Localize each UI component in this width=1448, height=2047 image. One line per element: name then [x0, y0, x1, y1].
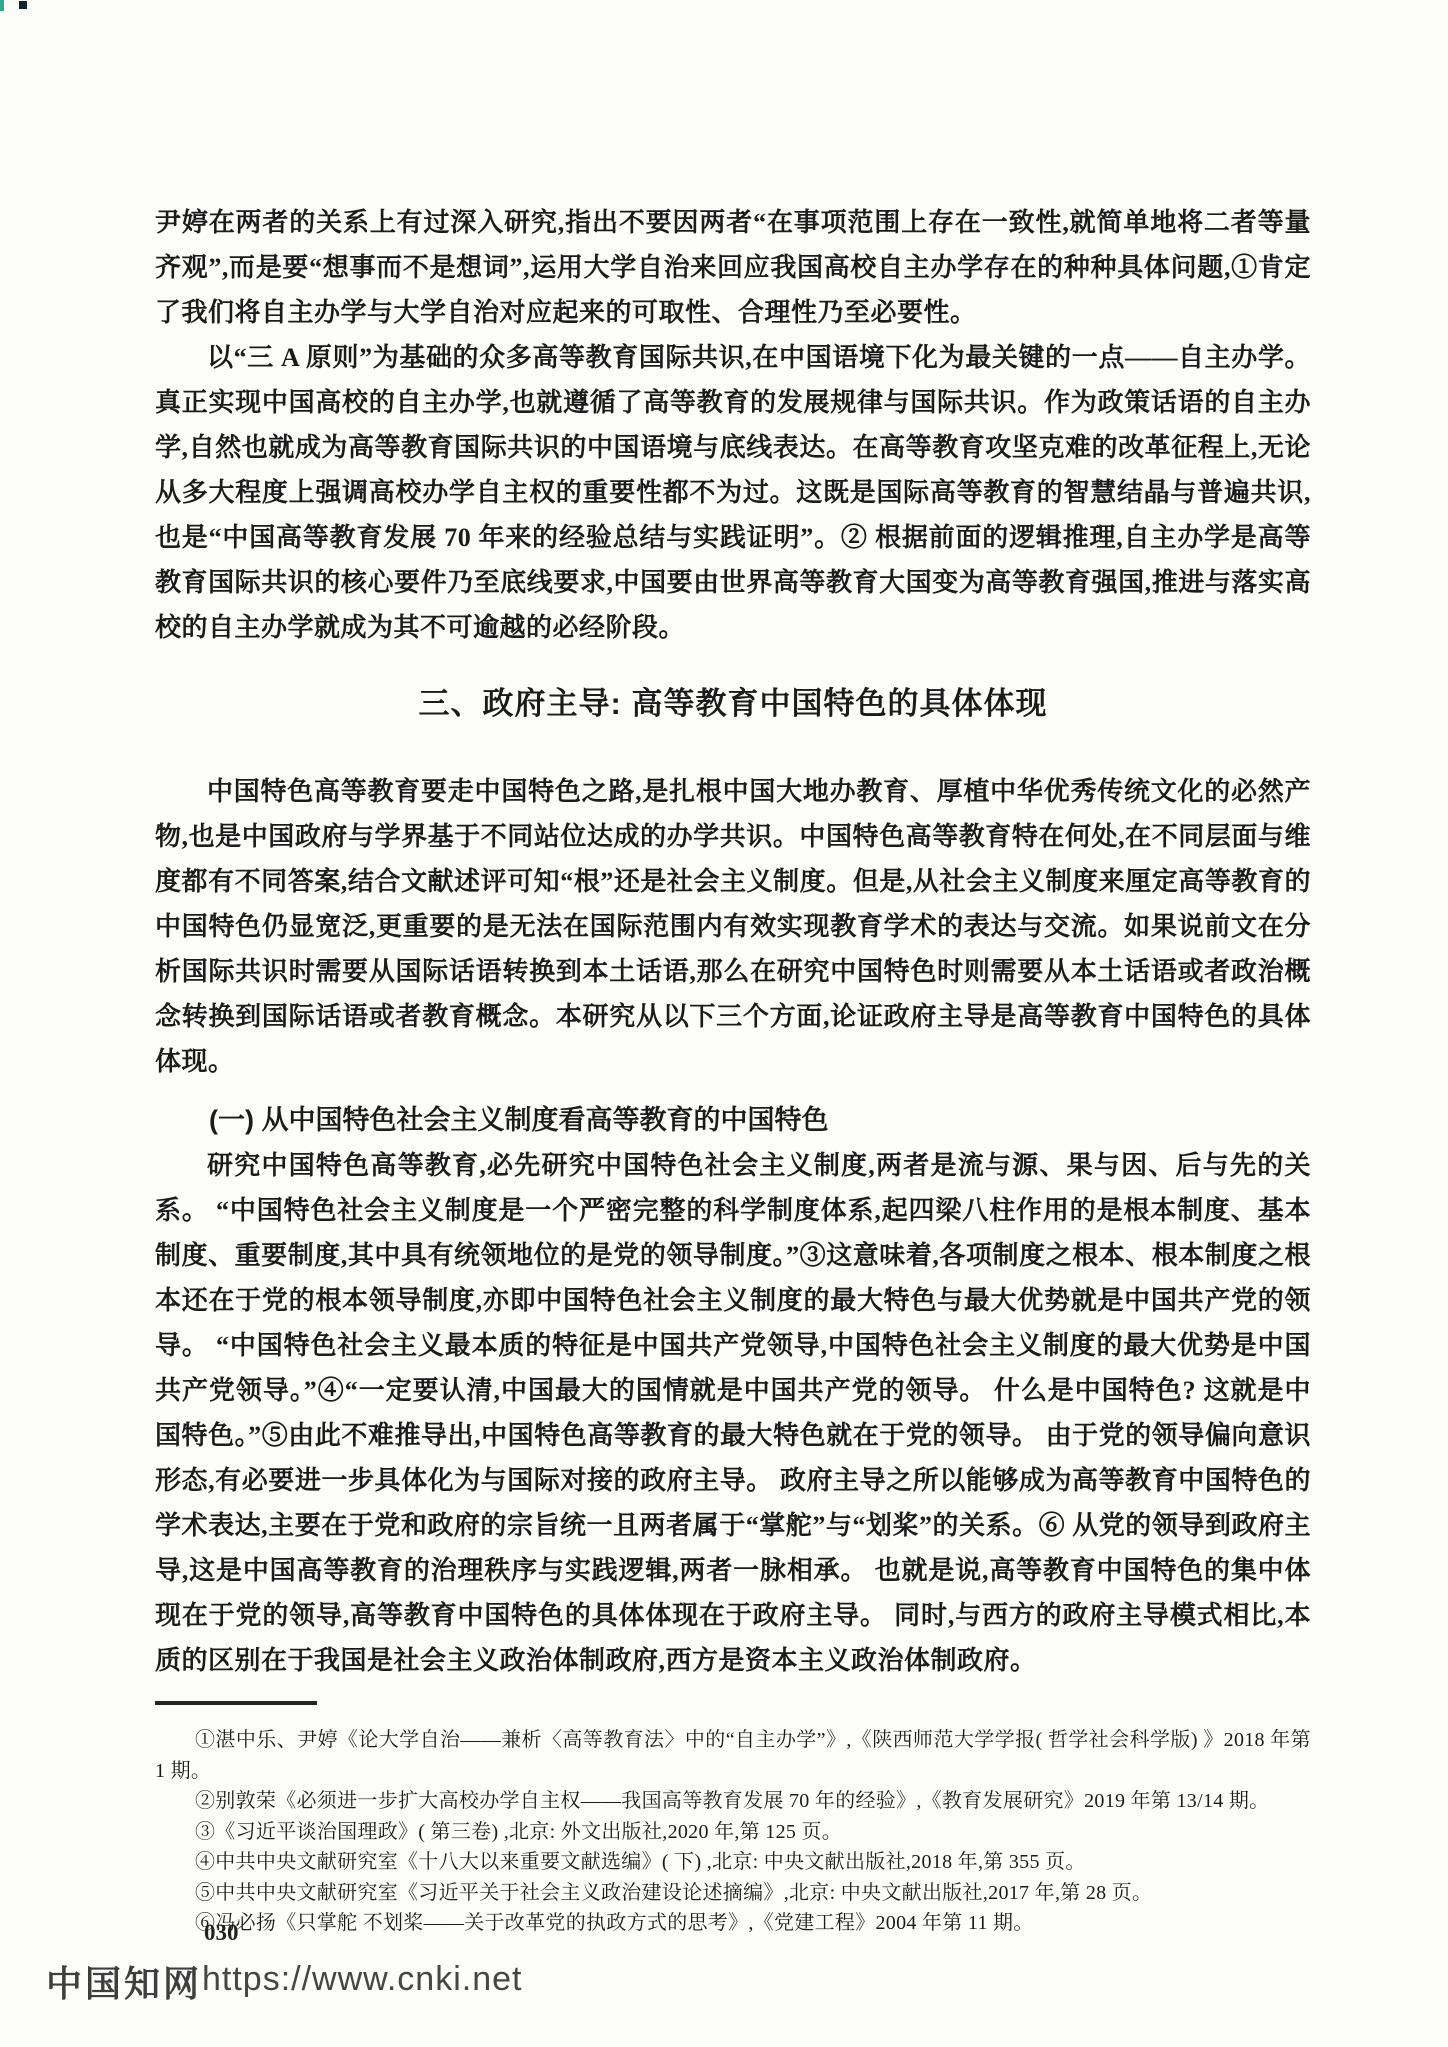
page-number: 030 — [204, 1920, 239, 1946]
footnotes-block: ①湛中乐、尹婷《论大学自治——兼析〈高等教育法〉中的“自主办学”》,《陕西师范大… — [155, 1725, 1311, 1939]
footnote-separator — [155, 1701, 317, 1705]
footnote: ④中共中央文献研究室《十八大以来重要文献选编》( 下) ,北京: 中央文献出版社… — [155, 1847, 1311, 1878]
footnote: ②别敦荣《必须进一步扩大高校办学自主权——我国高等教育发展 70 年的经验》,《… — [155, 1786, 1311, 1817]
section-heading: 三、政府主导: 高等教育中国特色的具体体现 — [155, 678, 1311, 723]
subsection-heading: (一) 从中国特色社会主义制度看高等教育的中国特色 — [155, 1098, 1311, 1143]
cnki-url-link[interactable]: https://www.cnki.net — [202, 1960, 522, 1999]
paragraph-continuation: 尹婷在两者的关系上有过深入研究,指出不要因两者“在事项范围上存在一致性,就简单地… — [155, 200, 1311, 335]
scan-artifact-dot — [19, 1, 27, 9]
footnote: ③《习近平谈治国理政》( 第三卷) ,北京: 外文出版社,2020 年,第 12… — [155, 1817, 1311, 1848]
footnote: ⑤中共中央文献研究室《习近平关于社会主义政治建设论述摘编》,北京: 中央文献出版… — [155, 1878, 1311, 1909]
paragraph: 以“三 A 原则”为基础的众多高等教育国际共识,在中国语境下化为最关键的一点——… — [155, 335, 1311, 650]
paragraph: 研究中国特色高等教育,必先研究中国特色社会主义制度,两者是流与源、果与因、后与先… — [155, 1143, 1311, 1683]
footnote: ①湛中乐、尹婷《论大学自治——兼析〈高等教育法〉中的“自主办学”》,《陕西师范大… — [155, 1725, 1311, 1786]
page-body: 尹婷在两者的关系上有过深入研究,指出不要因两者“在事项范围上存在一致性,就简单地… — [155, 200, 1311, 1939]
paragraph: 中国特色高等教育要走中国特色之路,是扎根中国大地办教育、厚植中华优秀传统文化的必… — [155, 769, 1311, 1084]
footnote: ⑥冯必扬《只掌舵 不划桨——关于改革党的执政方式的思考》,《党建工程》2004 … — [155, 1908, 1311, 1939]
cnki-brand-watermark: 中国知网 — [46, 1956, 202, 2007]
scan-artifact-mark — [0, 0, 4, 11]
paper-page: 尹婷在两者的关系上有过深入研究,指出不要因两者“在事项范围上存在一致性,就简单地… — [0, 0, 1448, 2047]
